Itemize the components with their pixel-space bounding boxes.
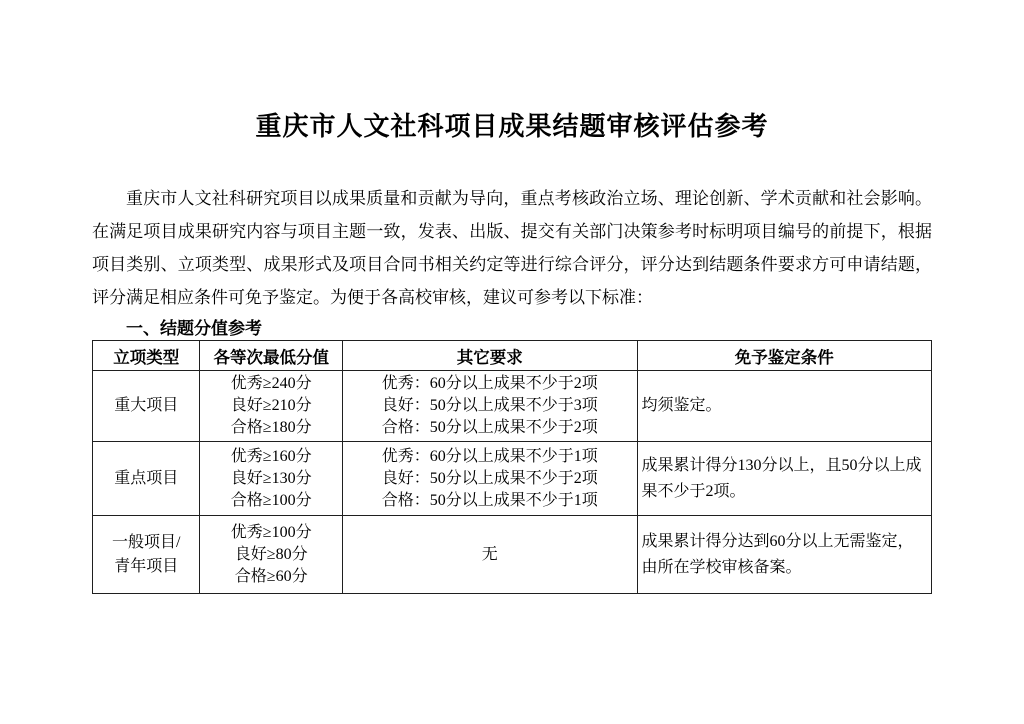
table-row-general-youth-project: 一般项目/ 青年项目 优秀≥100分 良好≥80分 合格≥60分 无 成果累计得…: [93, 516, 932, 594]
project-type-cell: 一般项目/ 青年项目: [93, 516, 200, 594]
column-header-exemption-conditions: 免予鉴定条件: [637, 341, 932, 371]
score-line: 良好≥210分: [204, 395, 338, 417]
other-requirements-cell: 优秀：60分以上成果不少于2项 良好：50分以上成果不少于3项 合格：50分以上…: [343, 371, 637, 442]
requirement-line: 无: [347, 544, 632, 566]
score-line: 合格≥180分: [204, 417, 338, 439]
requirement-line: 良好：50分以上成果不少于3项: [347, 395, 632, 417]
intro-paragraph: 重庆市人文社科研究项目以成果质量和贡献为导向，重点考核政治立场、理论创新、学术贡…: [92, 182, 932, 314]
table-header-row: 立项类型 各等次最低分值 其它要求 免予鉴定条件: [93, 341, 932, 371]
score-line: 优秀≥160分: [204, 446, 338, 468]
score-line: 优秀≥100分: [204, 522, 338, 544]
requirement-line: 优秀：60分以上成果不少于1项: [347, 446, 632, 468]
project-type-cell: 重点项目: [93, 442, 200, 516]
requirement-line: 良好：50分以上成果不少于2项: [347, 468, 632, 490]
other-requirements-cell: 无: [343, 516, 637, 594]
exemption-conditions-cell: 成果累计得分达到60分以上无需鉴定，由所在学校审核备案。: [637, 516, 932, 594]
requirement-line: 优秀：60分以上成果不少于2项: [347, 373, 632, 395]
score-line: 合格≥100分: [204, 490, 338, 512]
section-heading: 一、结题分值参考: [92, 318, 932, 340]
score-line: 优秀≥240分: [204, 373, 338, 395]
score-line: 良好≥130分: [204, 468, 338, 490]
column-header-other-requirements: 其它要求: [343, 341, 637, 371]
column-header-project-type: 立项类型: [93, 341, 200, 371]
requirement-line: 合格：50分以上成果不少于1项: [347, 490, 632, 512]
min-scores-cell: 优秀≥160分 良好≥130分 合格≥100分: [200, 442, 343, 516]
exemption-conditions-cell: 均须鉴定。: [637, 371, 932, 442]
other-requirements-cell: 优秀：60分以上成果不少于1项 良好：50分以上成果不少于2项 合格：50分以上…: [343, 442, 637, 516]
table-row-major-project: 重大项目 优秀≥240分 良好≥210分 合格≥180分 优秀：60分以上成果不…: [93, 371, 932, 442]
min-scores-cell: 优秀≥100分 良好≥80分 合格≥60分: [200, 516, 343, 594]
score-line: 合格≥60分: [204, 566, 338, 588]
min-scores-cell: 优秀≥240分 良好≥210分 合格≥180分: [200, 371, 343, 442]
document-title: 重庆市人文社科项目成果结题审核评估参考: [92, 0, 932, 142]
requirement-line: 合格：50分以上成果不少于2项: [347, 417, 632, 439]
exemption-conditions-cell: 成果累计得分130分以上，且50分以上成果不少于2项。: [637, 442, 932, 516]
project-type-cell: 重大项目: [93, 371, 200, 442]
score-reference-table: 立项类型 各等次最低分值 其它要求 免予鉴定条件 重大项目 优秀≥240分 良好…: [92, 340, 932, 594]
document-page: 重庆市人文社科项目成果结题审核评估参考 重庆市人文社科研究项目以成果质量和贡献为…: [0, 0, 1024, 724]
score-line: 良好≥80分: [204, 544, 338, 566]
table-row-key-project: 重点项目 优秀≥160分 良好≥130分 合格≥100分 优秀：60分以上成果不…: [93, 442, 932, 516]
column-header-min-scores: 各等次最低分值: [200, 341, 343, 371]
